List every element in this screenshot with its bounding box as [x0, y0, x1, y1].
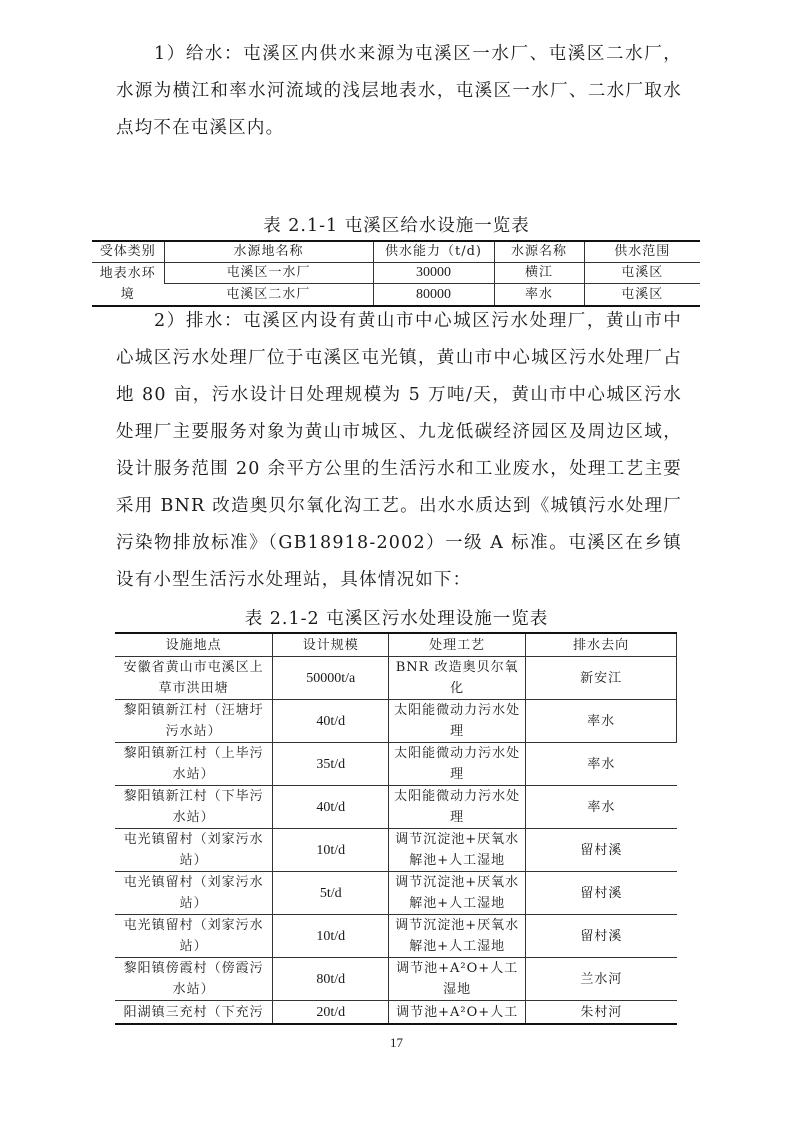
outlet-cell: 留村溪 — [526, 915, 677, 958]
process-cell: BNR 改造奥贝尔氧化 — [389, 657, 526, 700]
header-cell: 水源名称 — [494, 241, 584, 263]
scale-cell: 20t/d — [273, 1001, 389, 1025]
location-cell: 屯光镇留村（刘家污水站） — [115, 872, 273, 915]
water-supply-table: 受体类别 水源地名称 供水能力（t/d) 水源名称 供水范围 地表水环境 屯溪区… — [92, 240, 700, 307]
scale-cell: 40t/d — [273, 786, 389, 829]
page-number: 17 — [0, 1035, 793, 1051]
table-header-row: 受体类别 水源地名称 供水能力（t/d) 水源名称 供水范围 — [92, 241, 700, 263]
outlet-cell: 率水 — [526, 700, 677, 743]
location-cell: 屯光镇留村（刘家污水站） — [115, 829, 273, 872]
outlet-cell: 率水 — [526, 786, 677, 829]
process-cell: 太阳能微动力污水处理 — [389, 786, 526, 829]
process-cell: 太阳能微动力污水处理 — [389, 743, 526, 786]
paragraph-water-supply: 1）给水：屯溪区内供水来源为屯溪区一水厂、屯溪区二水厂，水源为横江和率水河流域的… — [116, 36, 682, 147]
process-cell: 调节沉淀池+厌氧水解池+人工湿地 — [389, 829, 526, 872]
outlet-cell: 留村溪 — [526, 872, 677, 915]
table-row: 安徽省黄山市屯溪区上草市洪田塘 50000t/a BNR 改造奥贝尔氧化 新安江 — [115, 657, 677, 700]
process-cell: 太阳能微动力污水处理 — [389, 700, 526, 743]
outlet-cell: 留村溪 — [526, 829, 677, 872]
outlet-cell: 兰水河 — [526, 958, 677, 1001]
scale-cell: 40t/d — [273, 700, 389, 743]
header-cell: 设施地点 — [115, 633, 273, 657]
outlet-cell: 朱村河 — [526, 1001, 677, 1025]
process-cell: 调节沉淀池+厌氧水解池+人工湿地 — [389, 872, 526, 915]
header-cell: 设计规模 — [273, 633, 389, 657]
header-cell: 水源地名称 — [164, 241, 373, 263]
source-name-cell: 屯溪区一水厂 — [164, 263, 373, 284]
water-source-cell: 横江 — [494, 263, 584, 284]
category-cell: 地表水环境 — [92, 263, 164, 307]
header-cell: 处理工艺 — [389, 633, 526, 657]
scope-cell: 屯溪区 — [584, 263, 700, 284]
table-row: 屯光镇留村（刘家污水站） 10t/d 调节沉淀池+厌氧水解池+人工湿地 留村溪 — [115, 915, 677, 958]
location-cell: 阳湖镇三充村（下充污 — [115, 1001, 273, 1025]
header-cell: 供水范围 — [584, 241, 700, 263]
process-cell: 调节池+A²O+人工 — [389, 1001, 526, 1025]
process-cell: 调节沉淀池+厌氧水解池+人工湿地 — [389, 915, 526, 958]
location-cell: 安徽省黄山市屯溪区上草市洪田塘 — [115, 657, 273, 700]
scale-cell: 5t/d — [273, 872, 389, 915]
paragraph-drainage: 2）排水：屯溪区内设有黄山市中心城区污水处理厂，黄山市中心城区污水处理厂位于屯溪… — [116, 303, 682, 599]
process-cell: 调节池+A²O+人工湿地 — [389, 958, 526, 1001]
table-row: 黎阳镇新江村（下毕污水站） 40t/d 太阳能微动力污水处理 率水 — [115, 786, 677, 829]
location-cell: 屯光镇留村（刘家污水站） — [115, 915, 273, 958]
location-cell: 黎阳镇新江村（汪塘圩污水站） — [115, 700, 273, 743]
scale-cell: 80t/d — [273, 958, 389, 1001]
table-row: 阳湖镇三充村（下充污 20t/d 调节池+A²O+人工 朱村河 — [115, 1001, 677, 1025]
sewage-treatment-table: 设施地点 设计规模 处理工艺 排水去向 安徽省黄山市屯溪区上草市洪田塘 5000… — [115, 632, 677, 1025]
table-row: 地表水环境 屯溪区一水厂 30000 横江 屯溪区 — [92, 263, 700, 284]
table2-caption: 表 2.1-2 屯溪区污水处理设施一览表 — [0, 605, 793, 630]
header-cell: 供水能力（t/d) — [373, 241, 494, 263]
table-row: 黎阳镇傍霞村（傍霞污水站） 80t/d 调节池+A²O+人工湿地 兰水河 — [115, 958, 677, 1001]
header-cell: 排水去向 — [526, 633, 677, 657]
header-cell: 受体类别 — [92, 241, 164, 263]
scale-cell: 35t/d — [273, 743, 389, 786]
outlet-cell: 率水 — [526, 743, 677, 786]
location-cell: 黎阳镇新江村（上毕污水站） — [115, 743, 273, 786]
table-row: 黎阳镇新江村（汪塘圩污水站） 40t/d 太阳能微动力污水处理 率水 — [115, 700, 677, 743]
location-cell: 黎阳镇新江村（下毕污水站） — [115, 786, 273, 829]
scale-cell: 10t/d — [273, 915, 389, 958]
scale-cell: 10t/d — [273, 829, 389, 872]
location-cell: 黎阳镇傍霞村（傍霞污水站） — [115, 958, 273, 1001]
table-row: 屯光镇留村（刘家污水站） 10t/d 调节沉淀池+厌氧水解池+人工湿地 留村溪 — [115, 829, 677, 872]
scale-cell: 50000t/a — [273, 657, 389, 700]
outlet-cell: 新安江 — [526, 657, 677, 700]
table-row: 黎阳镇新江村（上毕污水站） 35t/d 太阳能微动力污水处理 率水 — [115, 743, 677, 786]
capacity-cell: 30000 — [373, 263, 494, 284]
table-row: 屯光镇留村（刘家污水站） 5t/d 调节沉淀池+厌氧水解池+人工湿地 留村溪 — [115, 872, 677, 915]
table-header-row: 设施地点 设计规模 处理工艺 排水去向 — [115, 633, 677, 657]
table1-caption: 表 2.1-1 屯溪区给水设施一览表 — [0, 212, 793, 237]
